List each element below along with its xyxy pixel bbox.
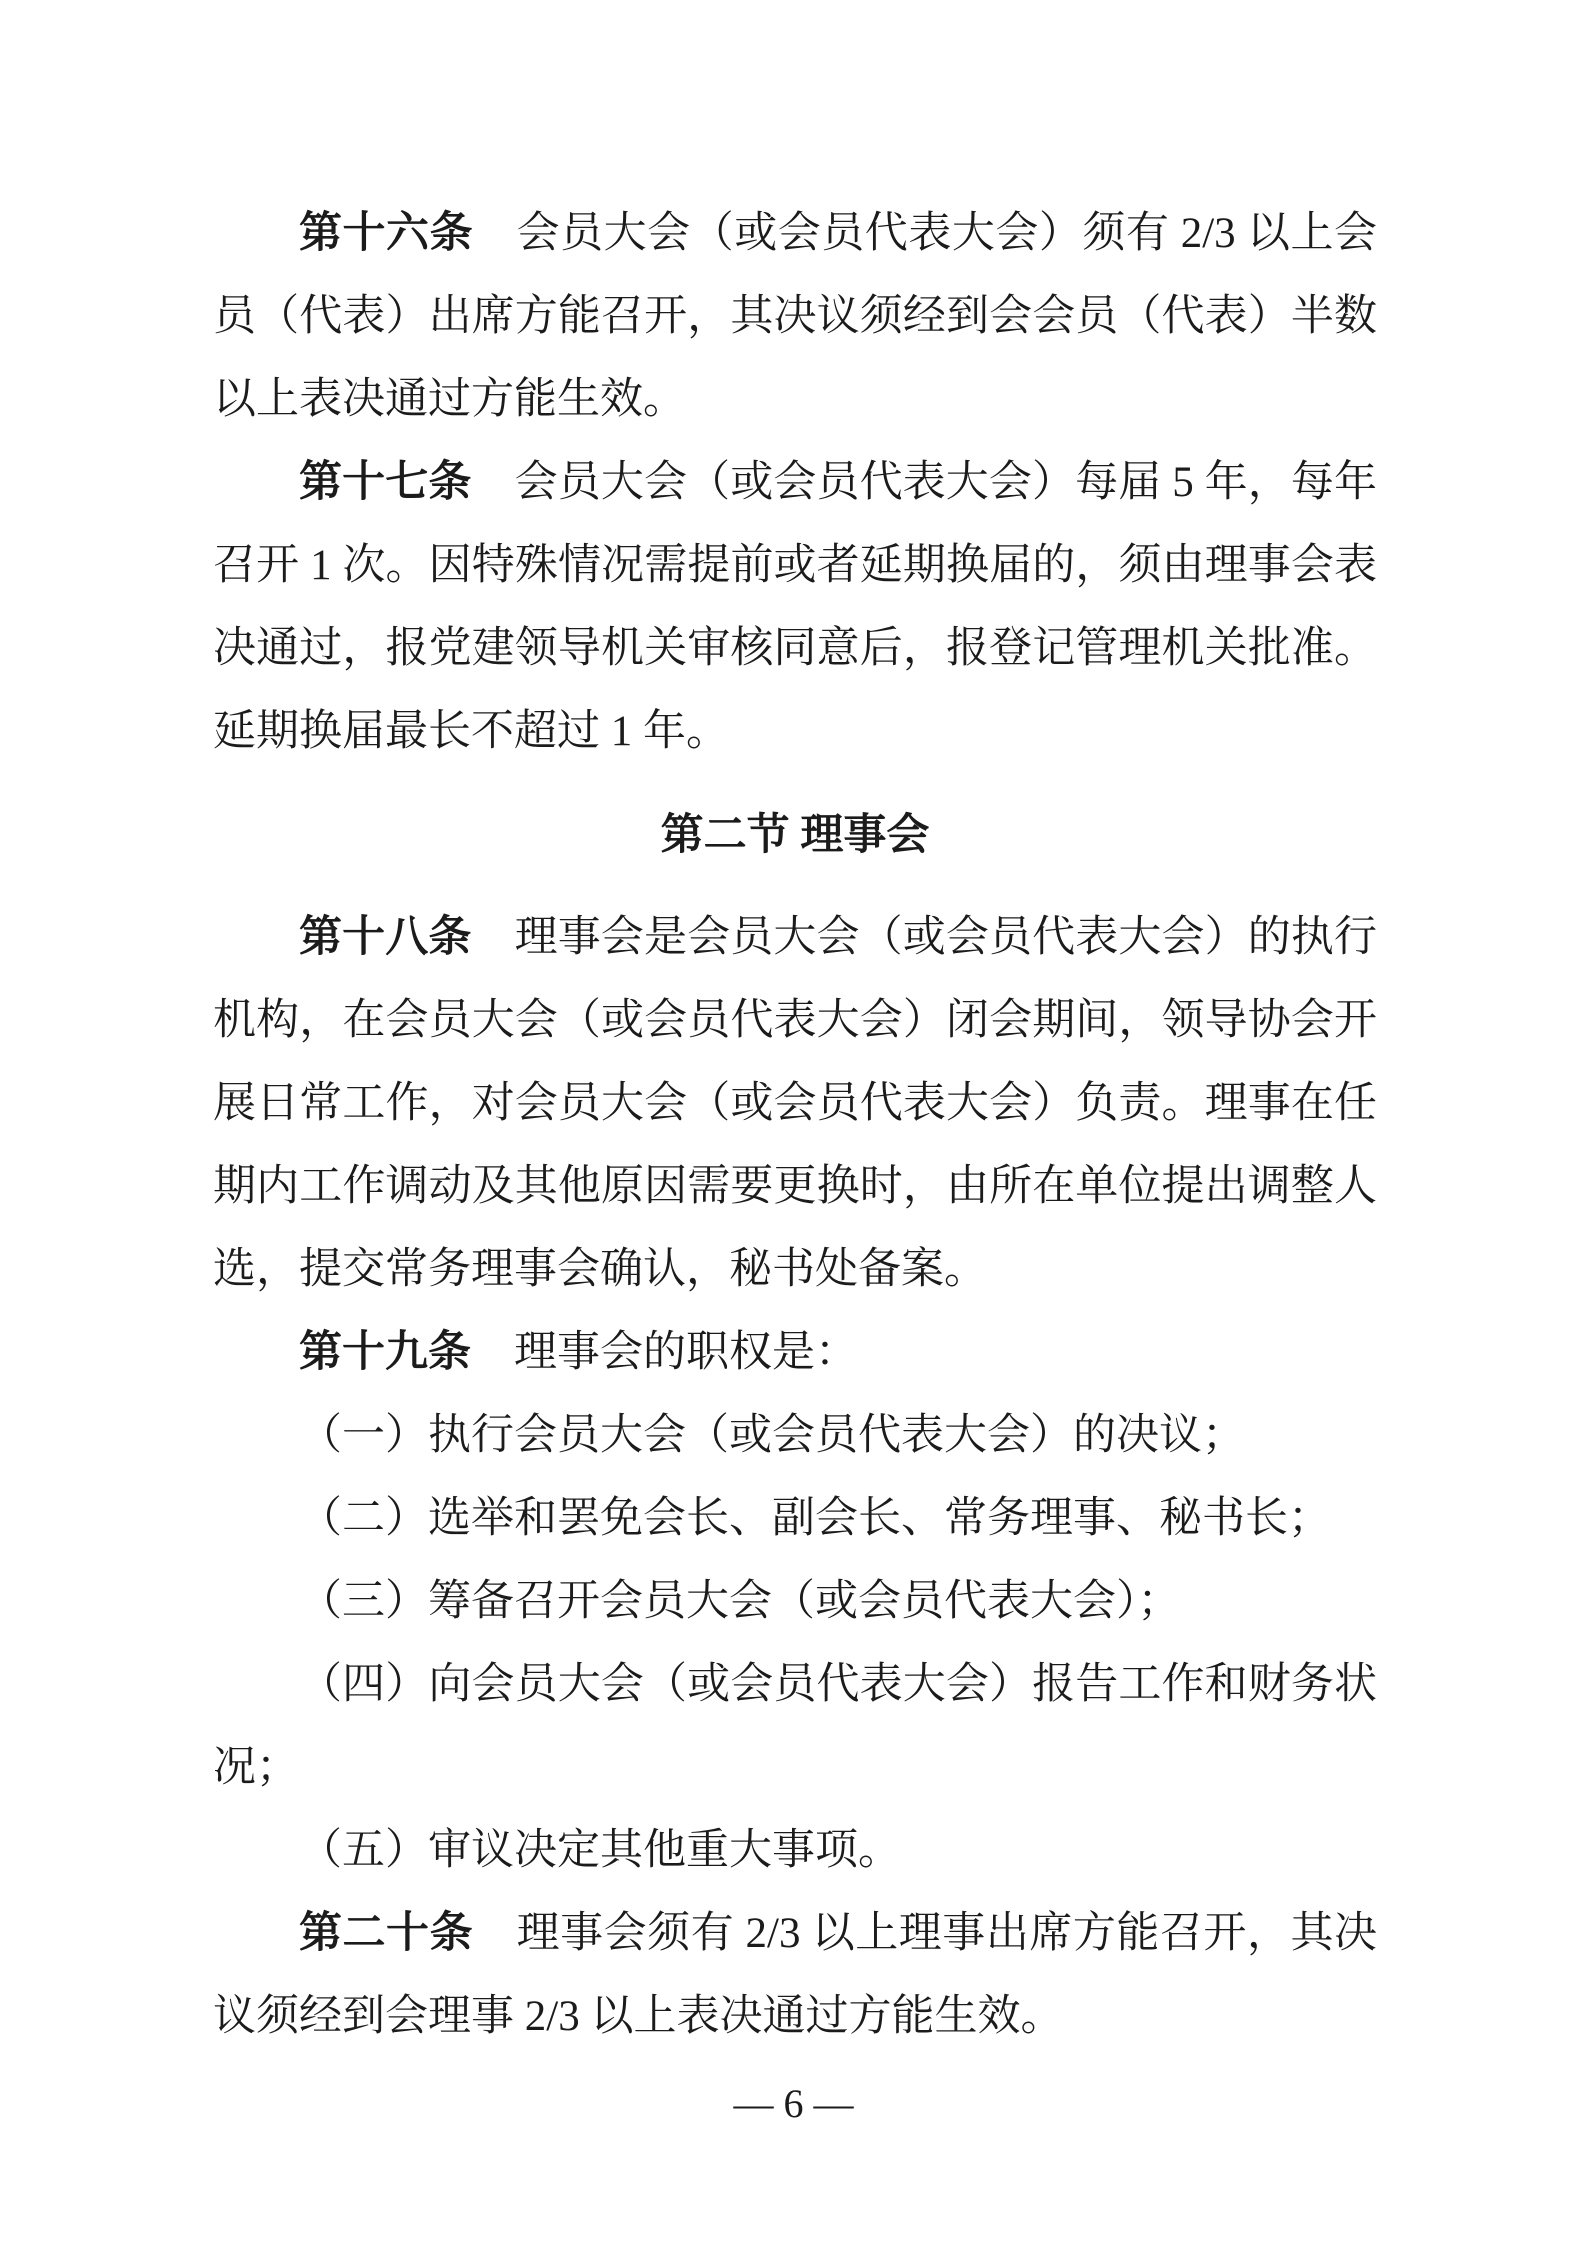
list-item-1: （一）执行会员大会（或会员代表大会）的决议； xyxy=(213,1394,1377,1477)
article-19-text: 理事会的职权是： xyxy=(471,1329,858,1376)
article-18: 第十八条 理事会是会员大会（或会员代表大会）的执行机构，在会员大会（或会员代表大… xyxy=(213,896,1377,1311)
article-17-label: 第十七条 xyxy=(299,459,471,506)
article-19: 第十九条 理事会的职权是： xyxy=(213,1311,1377,1394)
article-16-label: 第十六条 xyxy=(299,210,473,257)
article-17: 第十七条 会员大会（或会员代表大会）每届 5 年，每年召开 1 次。因特殊情况需… xyxy=(213,441,1377,773)
list-item-3: （三）筹备召开会员大会（或会员代表大会）； xyxy=(213,1560,1377,1643)
article-19-label: 第十九条 xyxy=(299,1329,471,1376)
article-16: 第十六条 会员大会（或会员代表大会）须有 2/3 以上会员（代表）出席方能召开，… xyxy=(213,192,1377,441)
article-18-label: 第十八条 xyxy=(299,914,472,961)
document-page: 第十六条 会员大会（或会员代表大会）须有 2/3 以上会员（代表）出席方能召开，… xyxy=(0,0,1587,2245)
document-body: 第十六条 会员大会（或会员代表大会）须有 2/3 以上会员（代表）出席方能召开，… xyxy=(213,192,1377,2058)
page-number: — 6 — xyxy=(0,2082,1587,2126)
list-item-5: （五）审议决定其他重大事项。 xyxy=(213,1809,1377,1892)
section-heading: 第二节 理事会 xyxy=(213,794,1377,877)
article-20: 第二十条 理事会须有 2/3 以上理事出席方能召开，其决议须经到会理事 2/3 … xyxy=(213,1892,1377,2058)
article-20-label: 第二十条 xyxy=(299,1910,473,1957)
article-18-text: 理事会是会员大会（或会员代表大会）的执行机构，在会员大会（或会员代表大会）闭会期… xyxy=(213,914,1377,1293)
list-item-2: （二）选举和罢免会长、副会长、常务理事、秘书长； xyxy=(213,1477,1377,1560)
list-item-4: （四）向会员大会（或会员代表大会）报告工作和财务状况； xyxy=(213,1643,1377,1809)
